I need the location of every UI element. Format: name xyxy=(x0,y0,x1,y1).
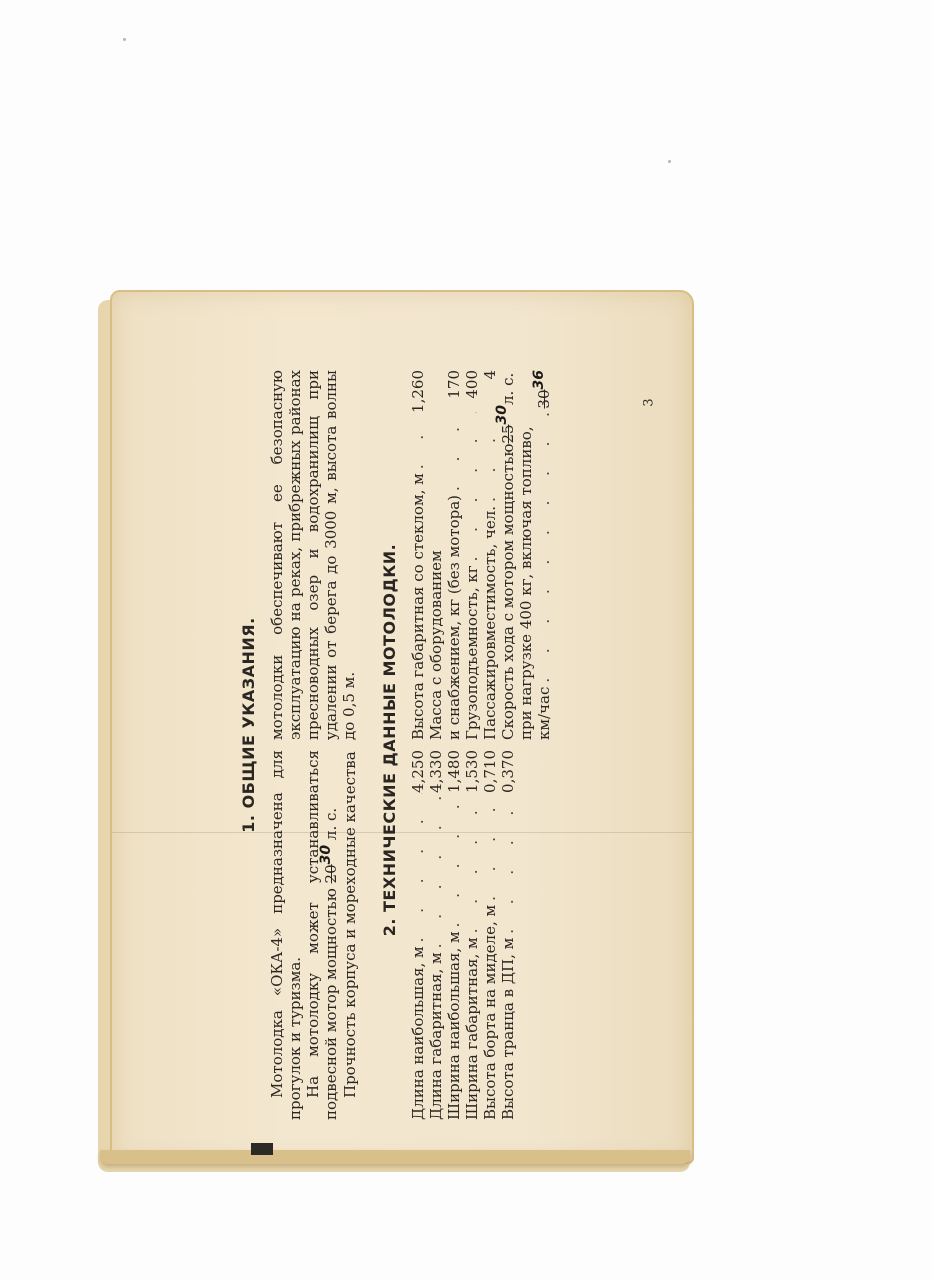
specs-right-list: Высота габаритная со стеклом, м. . . . .… xyxy=(409,370,499,740)
spec-label: Масса с оборудованием xyxy=(427,550,445,740)
speed-power-unit: л. с. xyxy=(499,373,517,405)
speed-value-handwritten: 36 xyxy=(531,370,547,389)
spec-label: и снабжением, кг (без мотора) xyxy=(445,495,463,740)
general-paragraph-1: Мотолодка «ОКА-4» предназначена для прог… xyxy=(268,750,304,1120)
booklet-bottom-edge xyxy=(100,1150,690,1164)
spec-value: 400 xyxy=(463,370,481,412)
spec-value: 0,710 xyxy=(481,750,499,793)
specs-body: Длина наибольшая, м. . . . . . . . . . .… xyxy=(409,360,554,1120)
leader-dots: . . . . . . . . . . . . . . . . . . . . xyxy=(409,413,427,473)
spec-value: 170 xyxy=(445,370,463,412)
spec-value: 4,330 xyxy=(427,750,445,793)
speed-value-printed: 30 xyxy=(535,389,553,408)
spec-row: Высота борта на миделе, м. . . . . . . .… xyxy=(481,750,499,1120)
spec-label: Высота борта на миделе, м xyxy=(481,905,499,1120)
spec-speed-line3: км/час . . . . . . . . . . . . . . . . .… xyxy=(535,370,554,740)
general-paragraph-3: Прочность корпуса и мореходные качества xyxy=(341,750,359,1120)
spec-label: Ширина габаритная, м xyxy=(463,937,481,1120)
spec-value: 4,250 xyxy=(409,750,427,793)
scan-speck xyxy=(123,38,126,41)
spec-label: Грузоподъемность, кг xyxy=(463,565,481,740)
leader-dots: . . . . . . . . . . . . . . . . . . . . xyxy=(481,412,499,506)
spec-value: 3036 xyxy=(535,370,554,412)
spec-row: Длина габаритная, м. . . . . . . . . . .… xyxy=(427,750,445,1120)
specs-right-column: Высота габаритная со стеклом, м. . . . .… xyxy=(409,370,554,740)
spec-label: Высота габаритная со стеклом, м xyxy=(409,473,427,740)
spec-label: Высота транца в ДП, м xyxy=(499,938,517,1120)
leader-dots: . . . . . . . . . . . . . . . . . . . . xyxy=(499,793,517,938)
spec-row: Высота транца в ДП, м. . . . . . . . . .… xyxy=(499,750,517,1120)
section-title-general: 1. ОБЩИЕ УКАЗАНИЯ. xyxy=(240,360,258,1090)
spec-label: Ширина наибольшая, м xyxy=(445,931,463,1120)
spec-row: Масса с оборудованием xyxy=(427,370,445,740)
leader-dots: . . . . . . . . . . . . . . . . . . . . xyxy=(409,793,427,946)
general-right-column: мотолодки обеспечивают ее безопасную экс… xyxy=(268,370,359,740)
section-title-specs: 2. ТЕХНИЧЕСКИЕ ДАННЫЕ МОТОЛОДКИ. xyxy=(381,360,399,1120)
leader-dots: . . . . . . . . . . . . . . . . . xyxy=(535,412,554,687)
speed-power-handwritten: 30 xyxy=(493,405,511,424)
power-handwritten: 30 xyxy=(318,845,334,864)
page-corner-marker xyxy=(251,1143,273,1155)
spec-row: Ширина наибольшая, м. . . . . . . . . . … xyxy=(445,750,463,1120)
spec-speed-line2: при нагрузке 400 кг, включая топливо, xyxy=(517,370,535,740)
general-paragraph-continued: мотолодки обеспечивают ее безопасную экс… xyxy=(268,370,358,740)
power-unit: л. с. xyxy=(322,808,340,840)
leader-dots: . . . . . . . . . . . . . . . . . . . . xyxy=(445,793,463,931)
speed-power-printed: 25 xyxy=(499,424,517,443)
spec-label: км/час xyxy=(535,687,554,740)
power-printed: 20 xyxy=(322,864,340,883)
spec-value: 1,260 xyxy=(409,370,427,413)
leader-dots: . . . . . . . . . . . . . . . . . . . . xyxy=(445,412,463,495)
motor-text: На мотолодку может устанавливаться подве… xyxy=(304,750,340,1120)
leader-dots: . . . . . . . . . . . . . . . . . . . . xyxy=(481,793,499,905)
spec-speed-line1: Скорость хода с мотором мощностью 2530 л… xyxy=(499,370,517,740)
spec-label: Длина наибольшая, м xyxy=(409,946,427,1120)
leader-dots: . . . . . . . . . . . . . . . . . . . . xyxy=(463,793,481,937)
section-general-body: Мотолодка «ОКА-4» предназначена для прог… xyxy=(268,360,359,1120)
spec-label: при нагрузке 400 кг, включая топливо, xyxy=(517,426,535,740)
spec-row: Грузоподъемность, кг. . . . . . . . . . … xyxy=(463,370,481,740)
general-paragraph-2: На мотолодку может устанавливаться подве… xyxy=(304,750,341,1120)
spec-label: Пассажировместимость, чел. xyxy=(481,506,499,740)
spec-value: 1,530 xyxy=(463,750,481,793)
specs-left-column: Длина наибольшая, м. . . . . . . . . . .… xyxy=(409,750,554,1120)
spec-row: Пассажировместимость, чел.. . . . . . . … xyxy=(481,370,499,740)
scan-speck xyxy=(668,160,671,163)
spec-row: Высота габаритная со стеклом, м. . . . .… xyxy=(409,370,427,740)
spec-row: Ширина габаритная, м. . . . . . . . . . … xyxy=(463,750,481,1120)
leader-dots: . . . . . . . . . . . . . . . . . . . . xyxy=(427,793,445,952)
spec-label: Длина габаритная, м xyxy=(427,952,445,1120)
spec-value: 0,370 xyxy=(499,750,517,793)
page-content: 1. ОБЩИЕ УКАЗАНИЯ. Мотолодка «ОКА-4» пре… xyxy=(240,360,570,1120)
spec-value: 1,480 xyxy=(445,750,463,793)
leader-dots: . . . . . . . . . . . . . . . . . . . . xyxy=(463,412,481,565)
general-left-column: Мотолодка «ОКА-4» предназначена для прог… xyxy=(268,750,359,1120)
spec-label: Скорость хода с мотором мощностью xyxy=(499,444,517,740)
spec-row: Длина наибольшая, м. . . . . . . . . . .… xyxy=(409,750,427,1120)
page-number: 3 xyxy=(642,398,657,406)
spec-row: и снабжением, кг (без мотора). . . . . .… xyxy=(445,370,463,740)
